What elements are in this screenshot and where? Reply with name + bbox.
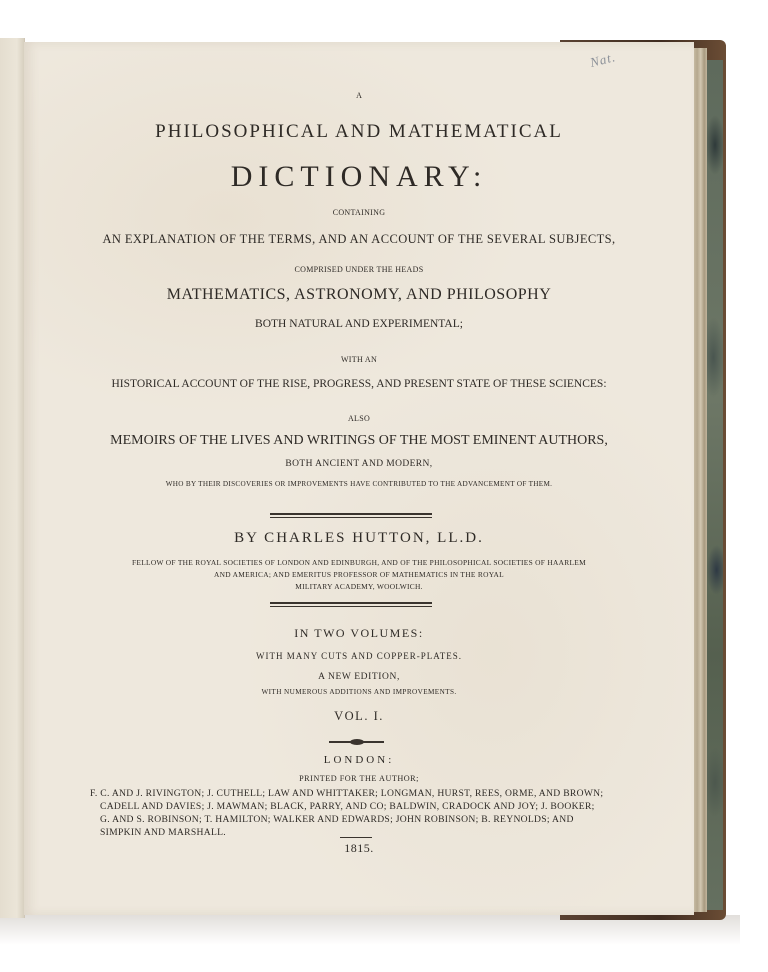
containing-line: CONTAINING (24, 208, 694, 217)
fellow-line-1: FELLOW OF THE ROYAL SOCIETIES OF LONDON … (24, 558, 694, 567)
cuts-line: WITH MANY CUTS AND COPPER-PLATES. (24, 651, 694, 661)
double-rule-bottom (270, 602, 432, 607)
ornamental-rule (329, 741, 384, 743)
memoirs-line: MEMOIRS OF THE LIVES AND WRITINGS OF THE… (24, 433, 694, 449)
fellow-line-2: AND AMERICA; AND EMERITUS PROFESSOR OF M… (24, 570, 694, 579)
also-line: ALSO (24, 414, 694, 423)
who-by-line: WHO BY THEIR DISCOVERIES OR IMPROVEMENTS… (24, 480, 694, 488)
title-line-1: PHILOSOPHICAL AND MATHEMATICAL (24, 121, 694, 143)
with-an-line: WITH AN (24, 355, 694, 364)
historical-line: HISTORICAL ACCOUNT OF THE RISE, PROGRESS… (24, 378, 694, 390)
comprised-line: COMPRISED UNDER THE HEADS (24, 265, 694, 274)
explanation-line: AN EXPLANATION OF THE TERMS, AND AN ACCO… (24, 232, 694, 247)
edition-line: A NEW EDITION, (24, 672, 694, 682)
publishers-list: F. C. AND J. RIVINGTON; J. CUTHELL; LAW … (90, 787, 630, 839)
subjects-line: MATHEMATICS, ASTRONOMY, AND PHILOSOPHY (24, 286, 694, 304)
additions-line: WITH NUMEROUS ADDITIONS AND IMPROVEMENTS… (24, 688, 694, 696)
city-line: LONDON: (24, 754, 694, 766)
both-ancient-line: BOTH ANCIENT AND MODERN, (24, 459, 694, 469)
publishers-line-2: CADELL AND DAVIES; J. MAWMAN; BLACK, PAR… (90, 800, 630, 813)
left-leaf (0, 38, 25, 918)
both-natural-line: BOTH NATURAL AND EXPERIMENTAL; (24, 318, 694, 330)
year-line: 1815. (24, 841, 694, 856)
vol-line: VOL. I. (24, 709, 694, 724)
publishers-line-1: F. C. AND J. RIVINGTON; J. CUTHELL; LAW … (90, 787, 630, 800)
title-line-2: DICTIONARY: (24, 160, 694, 194)
volumes-line: IN TWO VOLUMES: (24, 626, 694, 641)
printed-line: PRINTED FOR THE AUTHOR; (24, 774, 694, 783)
year-rule (340, 837, 372, 838)
article-a: A (24, 91, 694, 100)
author-line: BY CHARLES HUTTON, LL.D. (24, 530, 694, 547)
double-rule-top (270, 513, 432, 518)
fellow-line-3: MILITARY ACADEMY, WOOLWICH. (24, 582, 694, 591)
publishers-line-3: G. AND S. ROBINSON; T. HAMILTON; WALKER … (90, 813, 630, 826)
page-edges (693, 48, 707, 912)
marbled-edge (707, 60, 723, 910)
